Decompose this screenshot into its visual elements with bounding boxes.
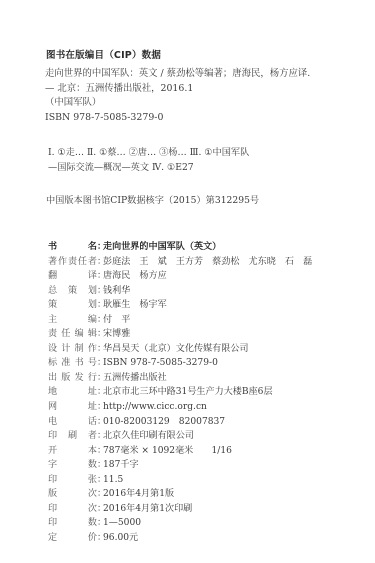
colophon-table: 书名：走向世界的中国军队（英文）著作责任者：彭庭法 王 斌 王方芳 蔡劲松 尤东…	[48, 240, 312, 545]
colophon-row: 印张：11.5	[48, 473, 312, 488]
colophon-label: 字数	[48, 458, 97, 473]
cip-heading: 图书在版编目（CIP）数据	[46, 47, 161, 61]
label-char: 任	[61, 327, 70, 342]
label-char: 印	[48, 473, 57, 488]
colophon-value: 宋博雅	[103, 327, 130, 342]
colophon-label: 翻译	[48, 269, 97, 284]
label-char: 准	[61, 356, 70, 371]
label-char: 标	[48, 356, 57, 371]
copyright-page: 图书在版编目（CIP）数据 走向世界的中国军队：英文 / 蔡劲松等编著；唐海民，…	[0, 0, 375, 563]
colophon-value: 2016年4月第1版	[103, 487, 174, 502]
colophon-row: 著作责任者：彭庭法 王 斌 王方芳 蔡劲松 尤东晓 石 磊	[48, 255, 312, 270]
label-char: 数	[88, 458, 97, 473]
colophon-value: 2016年4月第1次印刷	[103, 502, 192, 517]
colophon-row: 印次：2016年4月第1次印刷	[48, 502, 312, 517]
colophon-value: 96.00元	[103, 531, 138, 546]
colophon-label: 总策划	[48, 284, 97, 299]
label-char: 编	[88, 313, 97, 328]
colophon-value: http://www.cicc.org.cn	[103, 400, 207, 415]
colophon-row: 书名：走向世界的中国军队（英文）	[48, 240, 312, 255]
label-char: 出	[48, 371, 57, 386]
label-char: 网	[48, 400, 57, 415]
label-char: 数	[88, 516, 97, 531]
label-char: 印	[48, 502, 57, 517]
colophon-value: 1—5000	[103, 516, 141, 531]
colophon-label: 印刷者	[48, 429, 97, 444]
label-char: 制	[75, 342, 84, 357]
label-char: 译	[88, 269, 97, 284]
cip-number: 中国版本图书馆CIP数据核字（2015）第312295号	[46, 192, 259, 206]
colophon-value: ISBN 978-7-5085-3279-0	[103, 356, 218, 371]
label-char: 址	[88, 400, 97, 415]
colophon-row: 设计制作：华昌昊天（北京）文化传媒有限公司	[48, 342, 312, 357]
label-char: 者	[88, 255, 97, 270]
colophon-row: 字数：187千字	[48, 458, 312, 473]
colophon-row: 责任编辑：宋博雅	[48, 327, 312, 342]
colophon-label: 著作责任者	[48, 255, 97, 270]
colophon-label: 版次	[48, 487, 97, 502]
label-char: 址	[88, 385, 97, 400]
label-char: 翻	[48, 269, 57, 284]
colophon-row: 标准书号：ISBN 978-7-5085-3279-0	[48, 356, 312, 371]
colophon-label: 出版发行	[48, 371, 97, 386]
label-char: 印	[48, 429, 57, 444]
label-char: 定	[48, 531, 57, 546]
label-char: 辑	[88, 327, 97, 342]
label-char: 版	[61, 371, 70, 386]
colophon-value: 五洲传播出版社	[103, 371, 167, 386]
label-char: 作	[88, 342, 97, 357]
label-char: 者	[88, 429, 97, 444]
label-char: 划	[88, 284, 97, 299]
label-char: 作	[58, 255, 67, 270]
colophon-label: 责任编辑	[48, 327, 97, 342]
colophon-value: 11.5	[103, 473, 123, 488]
label-char: 责	[68, 255, 77, 270]
colophon-label: 定价	[48, 531, 97, 546]
cip-record: 走向世界的中国军队：英文 / 蔡劲松等编著；唐海民，杨方应译. — 北京：五洲传…	[45, 67, 310, 125]
colophon-value: 010-82003129 82007837	[103, 415, 225, 430]
colophon-row: 定价：96.00元	[48, 531, 312, 546]
label-char: 策	[68, 284, 77, 299]
colophon-label: 网址	[48, 400, 97, 415]
label-char: 号	[88, 356, 97, 371]
label-char: 印	[48, 516, 57, 531]
classification-line: Ⅰ. ①走… Ⅱ. ①蔡… ②唐… ③杨… Ⅲ. ①中国军队	[48, 145, 249, 160]
cip-line-title: 走向世界的中国军队：英文 / 蔡劲松等编著；唐海民，杨方应译.	[45, 67, 310, 82]
colophon-label: 电话	[48, 415, 97, 430]
label-char: 版	[48, 487, 57, 502]
label-char: 发	[75, 371, 84, 386]
colophon-row: 印刷者：北京久佳印刷有限公司	[48, 429, 312, 444]
colophon-label: 印次	[48, 502, 97, 517]
label-char: 任	[78, 255, 87, 270]
label-char: 名	[88, 240, 97, 255]
label-char: 话	[88, 415, 97, 430]
label-char: 划	[88, 298, 97, 313]
colophon-row: 翻译：唐海民 杨方应	[48, 269, 312, 284]
colophon-value: 北京市北三环中路31号生产力大楼B座6层	[103, 385, 273, 400]
label-char: 责	[48, 327, 57, 342]
label-char: 次	[88, 502, 97, 517]
label-char: 价	[88, 531, 97, 546]
colophon-label: 地址	[48, 385, 97, 400]
label-char: 编	[75, 327, 84, 342]
label-char: 设	[48, 342, 57, 357]
colophon-value: 彭庭法 王 斌 王方芳 蔡劲松 尤东晓 石 磊	[103, 255, 312, 270]
colophon-row: 印数：1—5000	[48, 516, 312, 531]
colophon-row: 主编：付 平	[48, 313, 312, 328]
colophon-value: 187千字	[103, 458, 139, 473]
colophon-row: 策划：耿雁生 杨宇军	[48, 298, 312, 313]
colophon-label: 书名	[48, 240, 97, 255]
colophon-value: 787毫米 × 1092毫米 1/16	[103, 444, 232, 459]
colophon-label: 开本	[48, 444, 97, 459]
colophon-row: 电话：010-82003129 82007837	[48, 415, 312, 430]
label-char: 行	[88, 371, 97, 386]
label-char: 开	[48, 444, 57, 459]
colophon-row: 地址：北京市北三环中路31号生产力大楼B座6层	[48, 385, 312, 400]
cip-classification: Ⅰ. ①走… Ⅱ. ①蔡… ②唐… ③杨… Ⅲ. ①中国军队 —国际交流—概况—…	[48, 145, 249, 175]
label-char: 策	[48, 298, 57, 313]
colophon-label: 印张	[48, 473, 97, 488]
colophon-value: 北京久佳印刷有限公司	[103, 429, 194, 444]
label-char: 计	[61, 342, 70, 357]
label-char: 刷	[68, 429, 77, 444]
colophon-label: 设计制作	[48, 342, 97, 357]
colophon-label: 策划	[48, 298, 97, 313]
colophon-row: 开本：787毫米 × 1092毫米 1/16	[48, 444, 312, 459]
cip-line-series: （中国军队）	[45, 96, 310, 111]
colophon-value: 华昌昊天（北京）文化传媒有限公司	[103, 342, 249, 357]
label-char: 字	[48, 458, 57, 473]
colophon-row: 出版发行：五洲传播出版社	[48, 371, 312, 386]
label-char: 总	[48, 284, 57, 299]
colophon-label: 主编	[48, 313, 97, 328]
label-char: 张	[88, 473, 97, 488]
colophon-value: 耿雁生 杨宇军	[103, 298, 167, 313]
colophon-label: 标准书号	[48, 356, 97, 371]
colophon-value: 走向世界的中国军队（英文）	[103, 240, 221, 255]
colophon-value: 付 平	[103, 313, 130, 328]
label-char: 著	[48, 255, 57, 270]
cip-line-publisher: — 北京：五洲传播出版社，2016.1	[45, 82, 310, 97]
classification-line: —国际交流—概况—英文 Ⅳ. ①E27	[48, 160, 249, 175]
label-char: 主	[48, 313, 57, 328]
colophon-value: 唐海民 杨方应	[103, 269, 167, 284]
label-char: 本	[88, 444, 97, 459]
colophon-label: 印数	[48, 516, 97, 531]
label-char: 电	[48, 415, 57, 430]
colophon-row: 网址：http://www.cicc.org.cn	[48, 400, 312, 415]
colophon-value: 钱利华	[103, 284, 130, 299]
cip-line-isbn: ISBN 978-7-5085-3279-0	[45, 111, 310, 126]
label-char: 书	[48, 240, 57, 255]
label-char: 书	[75, 356, 84, 371]
label-char: 地	[48, 385, 57, 400]
label-char: 次	[88, 487, 97, 502]
colophon-row: 版次：2016年4月第1版	[48, 487, 312, 502]
colophon-row: 总策划：钱利华	[48, 284, 312, 299]
